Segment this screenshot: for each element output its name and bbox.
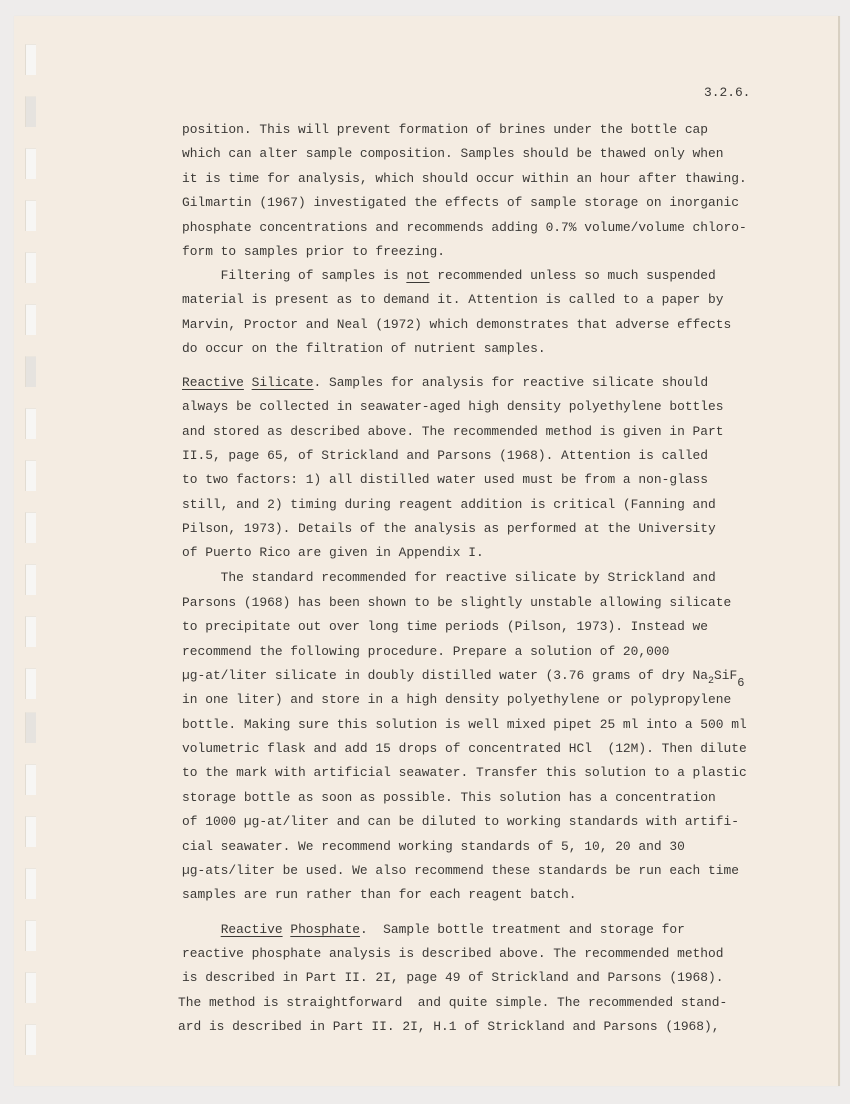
text-line: Parsons (1968) has been shown to be slig… — [182, 595, 731, 611]
text-line: form to samples prior to freezing. — [182, 244, 445, 260]
punch-hole — [25, 668, 36, 699]
text-line: of 1000 µg-at/liter and can be diluted t… — [182, 814, 739, 830]
text-line: samples are run rather than for each rea… — [182, 887, 577, 903]
text-line: Filtering of samples is not recommended … — [182, 268, 716, 284]
section-heading-line: Reactive Silicate. Samples for analysis … — [182, 375, 708, 391]
punch-hole — [25, 148, 36, 179]
text-line: phosphate concentrations and recommends … — [182, 220, 747, 236]
punch-hole — [25, 356, 36, 387]
text-line: Marvin, Proctor and Neal (1972) which de… — [182, 317, 731, 333]
text-line: ard is described in Part II. 2I, H.1 of … — [178, 1019, 720, 1035]
page-number: 3.2.6. — [704, 85, 750, 101]
punch-hole — [25, 408, 36, 439]
text-line: bottle. Making sure this solution is wel… — [182, 717, 747, 733]
formula-subscript: 6 — [737, 676, 744, 690]
heading-word: Reactive — [182, 375, 244, 390]
section-heading-line: Reactive Phosphate. Sample bottle treatm… — [182, 922, 685, 938]
indent — [182, 922, 221, 937]
text-line: II.5, page 65, of Strickland and Parsons… — [182, 448, 708, 464]
punch-hole — [25, 564, 36, 595]
text-segment: . Samples for analysis for reactive sili… — [314, 375, 709, 390]
text-line: The method is straightforward and quite … — [178, 995, 727, 1011]
punch-hole — [25, 512, 36, 543]
punch-hole — [25, 200, 36, 231]
text-line: to precipitate out over long time period… — [182, 619, 708, 635]
emphasis-not: not — [406, 268, 429, 283]
text-segment: recommended unless so much suspended — [430, 268, 716, 283]
text-line: storage bottle as soon as possible. This… — [182, 790, 716, 806]
text-line: always be collected in seawater-aged hig… — [182, 399, 724, 415]
text-line: still, and 2) timing during reagent addi… — [182, 497, 716, 513]
text-line: Pilson, 1973). Details of the analysis a… — [182, 521, 716, 537]
punch-hole — [25, 816, 36, 847]
text-line: material is present as to demand it. Att… — [182, 292, 724, 308]
text-segment: Filtering of samples is — [182, 268, 406, 283]
punch-hole — [25, 764, 36, 795]
text-line: The standard recommended for reactive si… — [182, 570, 716, 586]
text-line: cial seawater. We recommend working stan… — [182, 839, 685, 855]
text-line: of Puerto Rico are given in Appendix I. — [182, 545, 484, 561]
text-line: µg-at/liter silicate in doubly distilled… — [182, 668, 744, 684]
punch-hole — [25, 616, 36, 647]
punch-hole — [25, 920, 36, 951]
text-line: recommend the following procedure. Prepa… — [182, 644, 669, 660]
text-line: is described in Part II. 2I, page 49 of … — [182, 970, 724, 986]
punch-hole — [25, 460, 36, 491]
punch-hole — [25, 252, 36, 283]
heading-word: Phosphate — [290, 922, 360, 937]
heading-word: Reactive — [221, 922, 283, 937]
formula-segment: SiF — [714, 668, 737, 683]
text-line: volumetric flask and add 15 drops of con… — [182, 741, 747, 757]
heading-word: Silicate — [252, 375, 314, 390]
text-line: µg-ats/liter be used. We also recommend … — [182, 863, 739, 879]
text-line: do occur on the filtration of nutrient s… — [182, 341, 546, 357]
punch-hole — [25, 712, 36, 743]
text-line: position. This will prevent formation of… — [182, 122, 708, 138]
punch-hole — [25, 1024, 36, 1055]
text-line: to two factors: 1) all distilled water u… — [182, 472, 708, 488]
text-line: reactive phosphate analysis is described… — [182, 946, 724, 962]
text-line: it is time for analysis, which should oc… — [182, 171, 747, 187]
punch-hole — [25, 868, 36, 899]
text-segment: . Sample bottle treatment and storage fo… — [360, 922, 685, 937]
text-line: and stored as described above. The recom… — [182, 424, 724, 440]
punch-hole — [25, 44, 36, 75]
text-segment: µg-at/liter silicate in doubly distilled… — [182, 668, 708, 683]
text-line: which can alter sample composition. Samp… — [182, 146, 724, 162]
punch-hole — [25, 972, 36, 1003]
text-line: in one liter) and store in a high densit… — [182, 692, 731, 708]
text-line: Gilmartin (1967) investigated the effect… — [182, 195, 739, 211]
text-line: to the mark with artificial seawater. Tr… — [182, 765, 747, 781]
punch-hole — [25, 96, 36, 127]
punch-hole — [25, 304, 36, 335]
